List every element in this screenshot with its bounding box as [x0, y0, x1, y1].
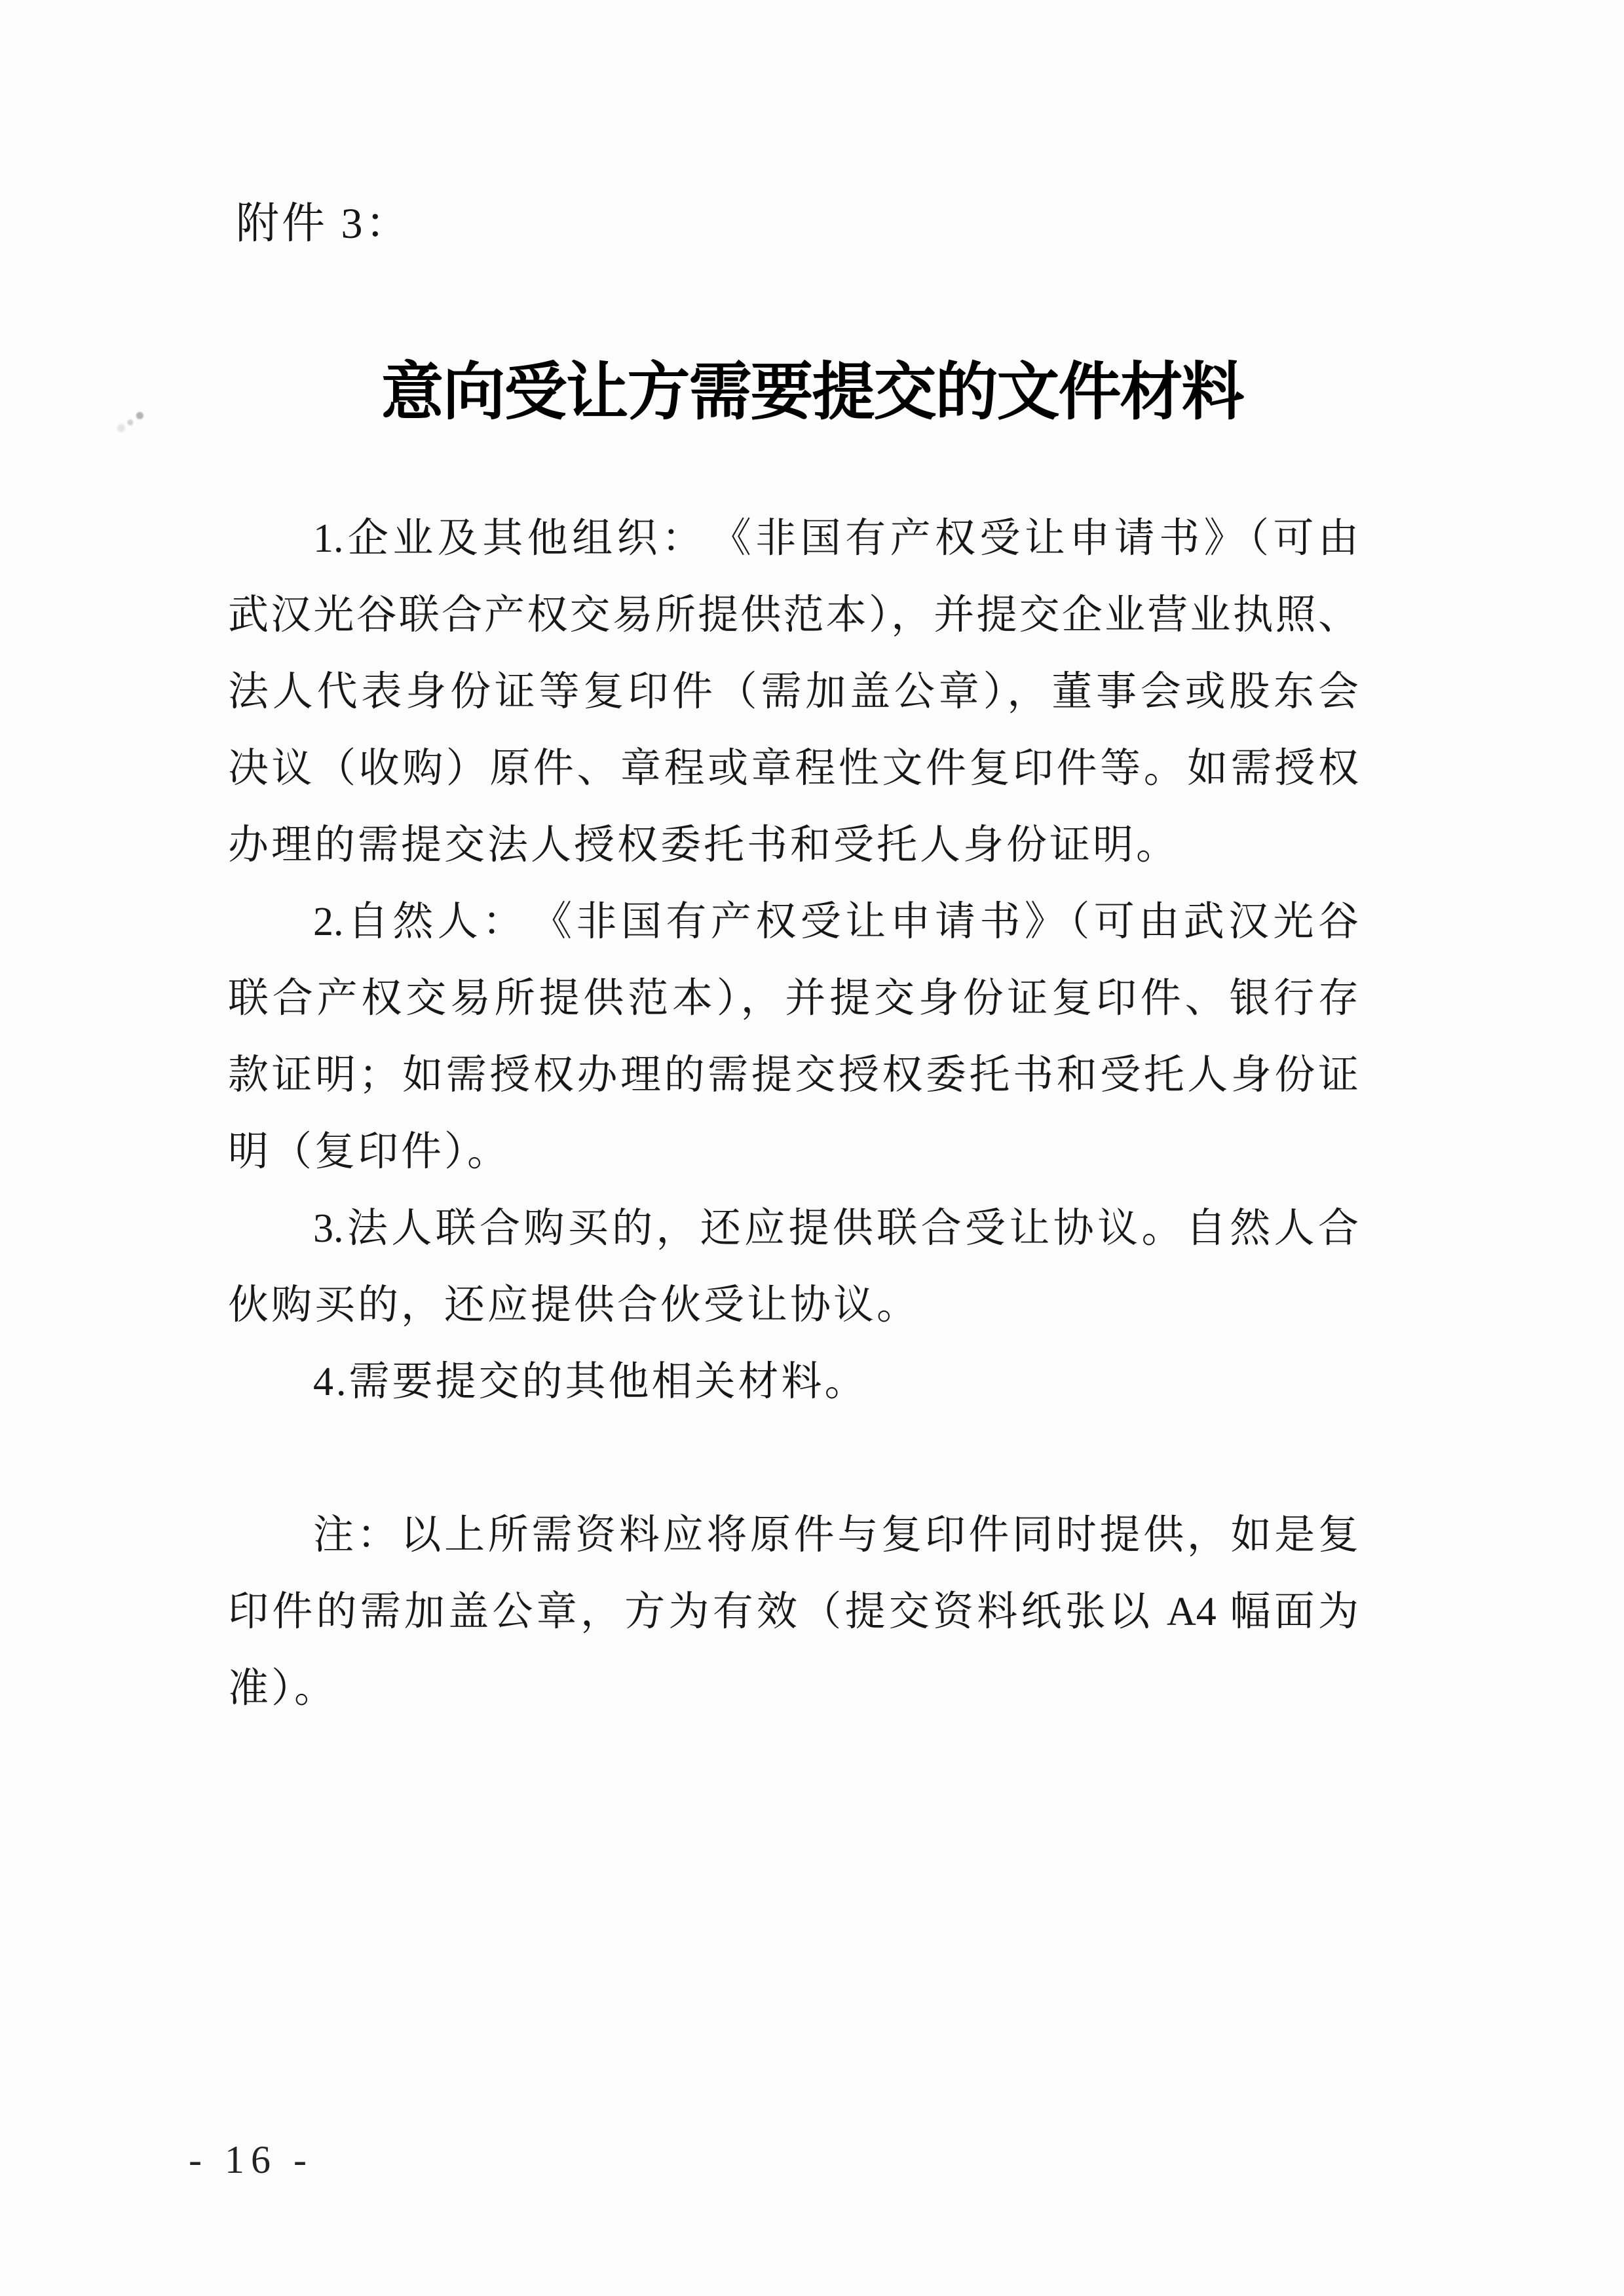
body-line: 伙购买的，还应提供合伙受让协议。	[228, 1267, 1359, 1344]
page-number: - 16 -	[189, 2137, 313, 2183]
body-line: 武汉光谷联合产权交易所提供范本），并提交企业营业执照、	[228, 577, 1359, 654]
note-line: 注：以上所需资料应将原件与复印件同时提供，如是复	[228, 1497, 1359, 1574]
body-line: 明（复印件）。	[228, 1114, 1359, 1191]
page-title: 意向受让方需要提交的文件材料	[0, 342, 1624, 432]
body-line: 办理的需提交法人授权委托书和受托人身份证明。	[228, 807, 1359, 884]
document-page: 附件 3： 意向受让方需要提交的文件材料 1.企业及其他组织： 《非国有产权受让…	[0, 0, 1624, 2296]
body-line: 4.需要提交的其他相关材料。	[228, 1344, 1359, 1421]
note-line: 准）。	[228, 1651, 1359, 1727]
body-line: 3.法人联合购买的，还应提供联合受让协议。自然人合	[228, 1191, 1359, 1267]
body-line: 联合产权交易所提供范本），并提交身份证复印件、银行存	[228, 961, 1359, 1037]
body-line: 决议（收购）原件、章程或章程性文件复印件等。如需授权	[228, 731, 1359, 807]
body-line: 2.自然人： 《非国有产权受让申请书》（可由武汉光谷	[228, 884, 1359, 961]
document-note: 注：以上所需资料应将原件与复印件同时提供，如是复 印件的需加盖公章，方为有效（提…	[228, 1497, 1359, 1727]
body-line: 法人代表身份证等复印件（需加盖公章），董事会或股东会	[228, 654, 1359, 731]
body-line: 1.企业及其他组织： 《非国有产权受让申请书》（可由	[228, 501, 1359, 577]
document-body: 1.企业及其他组织： 《非国有产权受让申请书》（可由 武汉光谷联合产权交易所提供…	[228, 501, 1359, 1421]
note-line: 印件的需加盖公章，方为有效（提交资料纸张以 A4 幅面为	[228, 1574, 1359, 1651]
body-line: 款证明；如需授权办理的需提交授权委托书和受托人身份证	[228, 1037, 1359, 1114]
attachment-label: 附件 3：	[236, 201, 411, 248]
